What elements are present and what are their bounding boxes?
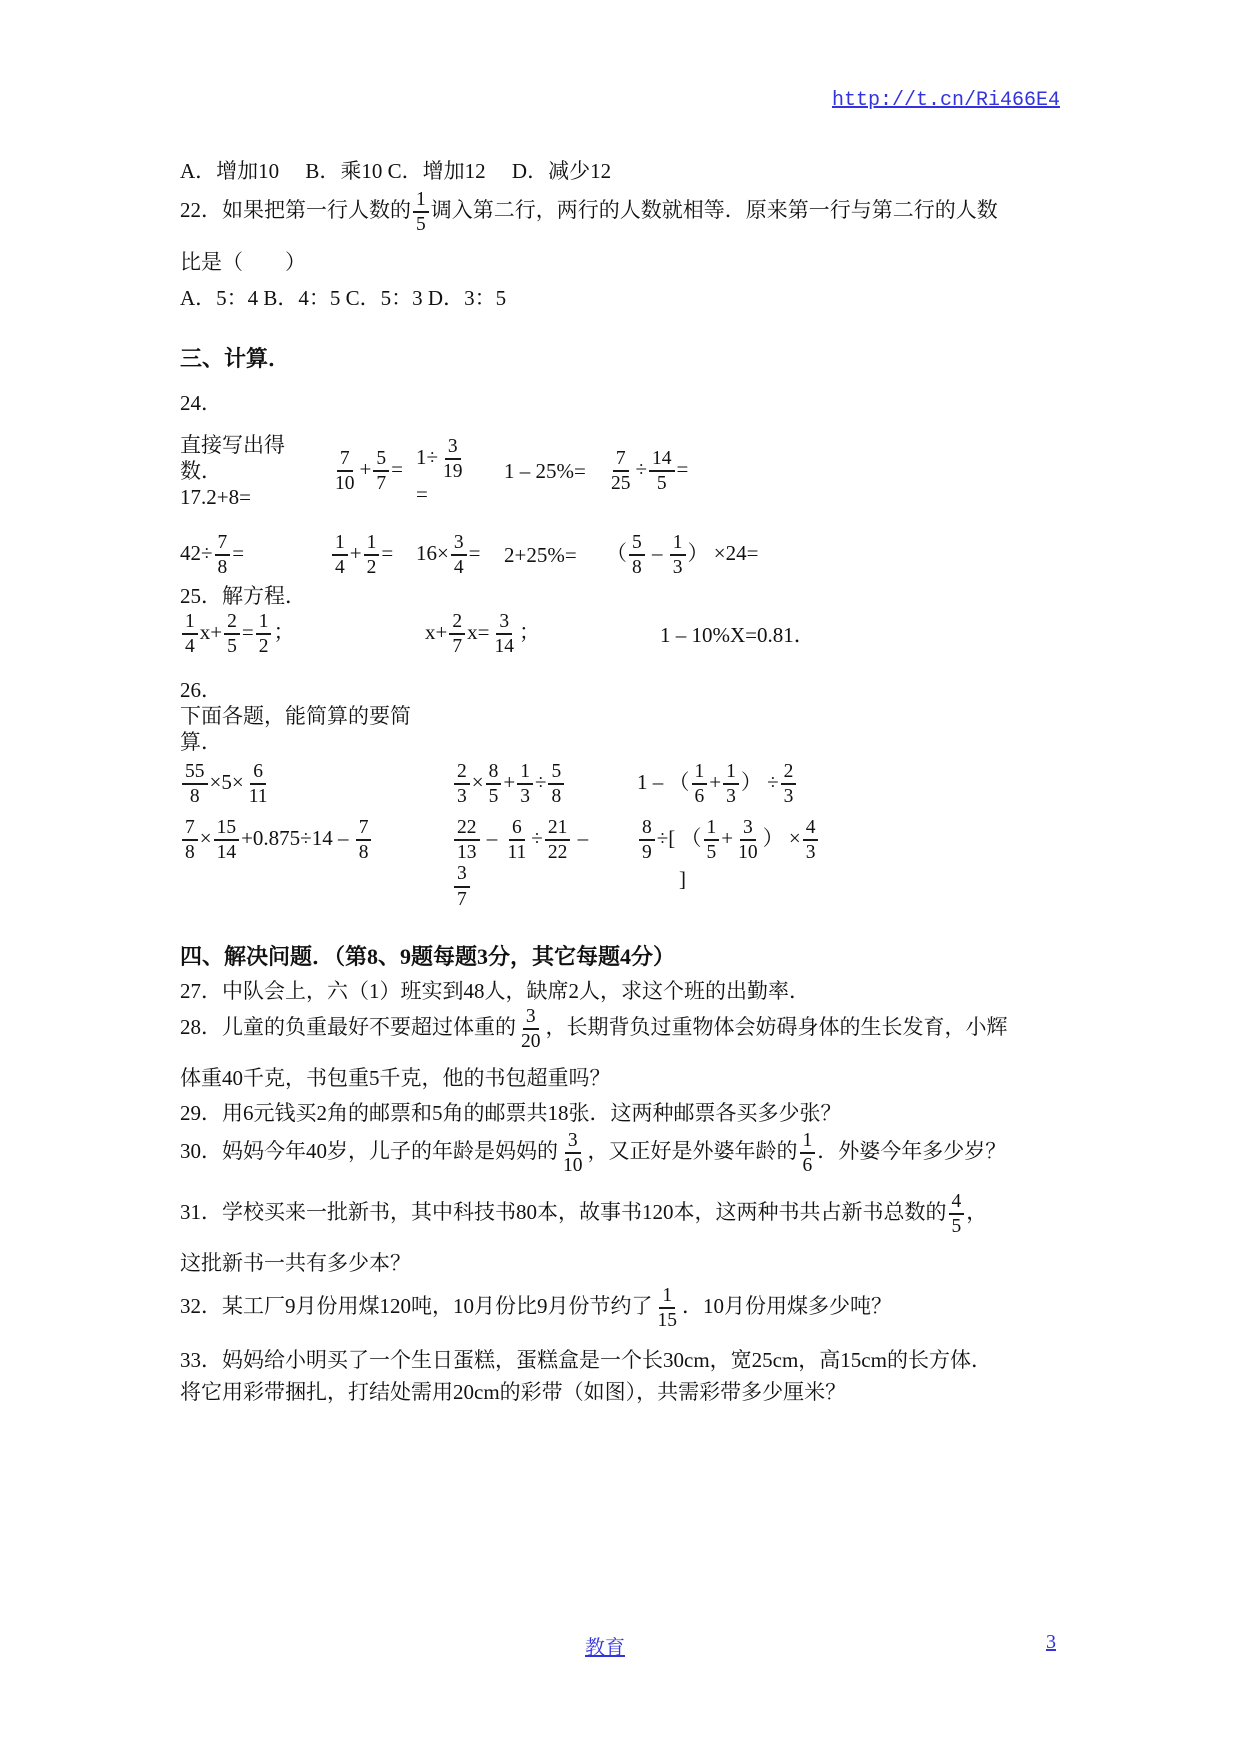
fraction: 15	[702, 817, 722, 863]
fraction: 43	[801, 817, 821, 863]
fraction: 58	[627, 532, 647, 578]
q25-eq1: 14x+25=12；	[180, 611, 425, 657]
fraction: 25	[222, 611, 242, 657]
q24-row1-expr2: 710+57=	[330, 448, 416, 494]
section4-title: 四、解决问题．（第8、9题每题3分，其它每题4分）	[180, 943, 1060, 971]
q25-eq3: 1 – 10%X=0.81．	[660, 619, 815, 649]
fraction: 78	[354, 817, 374, 863]
q30-line1: 30．妈妈今年40岁，儿子的年龄是妈妈的310，又正好是外婆年龄的16．外婆今年…	[180, 1130, 1060, 1176]
fraction: 310	[558, 1130, 588, 1176]
footer-brand-link[interactable]: 教育	[585, 1631, 625, 1660]
q24-row2-expr2: 14+12=	[330, 532, 416, 578]
q24-row2: 42÷78= 14+12= 16×34= 2+25%= （58 – 13） ×2…	[180, 532, 1060, 578]
q25-eq2: x+27x=314；	[425, 611, 660, 657]
fraction: 16	[690, 761, 710, 807]
fraction: 710	[330, 448, 360, 494]
fraction: 37	[452, 863, 472, 909]
fraction: 34	[449, 532, 469, 578]
q26-row1-expr3: 1 – （16+13） ÷23	[637, 761, 798, 807]
q26-row1-expr2: 23×85+13÷58	[452, 761, 637, 807]
q27-text: 27．中队会上，六（1）班实到48人，缺席2人，求这个班的出勤率．	[180, 978, 1060, 1004]
q26-row2: 78×1514+0.875÷14 – 78 2213 – 611÷2122 – …	[180, 817, 1060, 909]
q26-row2-expr2: 2213 – 611÷2122 – 37	[452, 817, 637, 909]
fraction: 314	[489, 611, 519, 657]
q24-row2-expr4: 2+25%=	[504, 543, 606, 568]
fraction: 89	[637, 817, 657, 863]
q24-row2-expr1: 42÷78=	[180, 532, 330, 578]
q24-row2-expr3: 16×34=	[416, 532, 504, 578]
q26-label: 下面各题，能简算的要简 算．	[180, 703, 452, 755]
q26-row2-expr3: 89÷[ （15+310） ×43 ]	[637, 817, 820, 893]
fraction: 13	[721, 761, 741, 807]
header: http://t.cn/Ri466E4	[180, 0, 1060, 113]
q24-row1: 直接写出得 数． 17.2+8= 710+57= 1÷319= 1 – 25%=…	[180, 432, 1060, 510]
fraction: 115	[653, 1285, 683, 1331]
fraction: 145	[647, 448, 677, 494]
q25-equations-row: 14x+25=12； x+27x=314； 1 – 10%X=0.81．	[180, 611, 1060, 657]
footer-page-number[interactable]: 3	[1046, 1631, 1056, 1654]
fraction: 2213	[452, 817, 482, 863]
fraction: 23	[779, 761, 799, 807]
fraction: 310	[733, 817, 763, 863]
fraction: 2122	[543, 817, 573, 863]
fraction: 320	[516, 1006, 546, 1052]
fraction: 78	[213, 532, 233, 578]
fraction: 12	[362, 532, 382, 578]
q26-number: 26．	[180, 677, 1060, 703]
exam-page: http://t.cn/Ri466E4 A．增加10 B．乘10 C．增加12 …	[0, 0, 1241, 1754]
q32-line1: 32．某工厂9月份用煤120吨，10月份比9月份节约了115．10月份用煤多少吨…	[180, 1285, 1060, 1331]
fraction: 725	[606, 448, 636, 494]
fraction: 58	[546, 761, 566, 807]
fraction: 611	[244, 761, 273, 807]
q28-line2: 体重40千克，书包重5千克，他的书包超重吗？	[180, 1065, 1060, 1091]
fraction: 78	[180, 817, 200, 863]
q26-row1-expr1: 558×5×611	[180, 761, 452, 807]
q26-col1: 下面各题，能简算的要简 算． 558×5×611	[180, 703, 452, 807]
share-link[interactable]: http://t.cn/Ri466E4	[832, 89, 1060, 112]
q24-number: 24．	[180, 390, 1060, 416]
q33-line2: 将它用彩带捆扎，打结处需用20cm的彩带（如图），共需彩带多少厘米？	[180, 1379, 1060, 1405]
fraction: 14	[180, 611, 200, 657]
q26-row1: 下面各题，能简算的要简 算． 558×5×611 23×85+13÷58 1 –…	[180, 703, 1060, 807]
q31-line1: 31．学校买来一批新书，其中科技书80本，故事书120本，这两种书共占新书总数的…	[180, 1191, 1060, 1237]
fraction: 14	[330, 532, 350, 578]
q24-row1-label: 直接写出得 数． 17.2+8=	[180, 432, 330, 510]
q26-row2-expr1: 78×1514+0.875÷14 – 78	[180, 817, 452, 863]
q33-line1: 33．妈妈给小明买了一个生日蛋糕，蛋糕盒是一个长30cm，宽25cm，高15cm…	[180, 1347, 1060, 1373]
fraction: 1514	[212, 817, 242, 863]
q28-line1: 28．儿童的负重最好不要超过体重的320，长期背负过重物体会妨碍身体的生长发育，…	[180, 1006, 1060, 1052]
fraction: 15	[411, 189, 431, 235]
fraction: 319	[438, 436, 468, 482]
page-content: http://t.cn/Ri466E4 A．增加10 B．乘10 C．增加12 …	[0, 0, 1130, 1405]
fraction: 558	[180, 761, 210, 807]
q22-options-line: A．5：4 B．4：5 C．5：3 D．3：5	[180, 285, 1060, 311]
fraction: 45	[947, 1191, 967, 1237]
fraction: 12	[254, 611, 274, 657]
section3-title: 三、计算．	[180, 345, 1060, 373]
fraction: 23	[452, 761, 472, 807]
q24-row1-expr4: 1 – 25%=	[504, 459, 606, 484]
fraction: 611	[503, 817, 532, 863]
q24-row1-expr5: 725÷145=	[606, 448, 688, 494]
q29-text: 29．用6元钱买2角的邮票和5角的邮票共18张．这两种邮票各买多少张？	[180, 1100, 1060, 1126]
fraction: 85	[484, 761, 504, 807]
fraction: 13	[515, 761, 535, 807]
q24-row2-expr5: （58 – 13） ×24=	[606, 532, 758, 578]
q25-title: 25．解方程．	[180, 583, 1060, 609]
fraction: 27	[447, 611, 467, 657]
fraction: 57	[371, 448, 391, 494]
q24-row1-expr3: 1÷319=	[416, 436, 504, 507]
fraction: 16	[798, 1130, 818, 1176]
q22-text-line2: 比是（ ）	[180, 249, 1060, 275]
q22-text-line1: 22．如果把第一行人数的15调入第二行，两行的人数就相等．原来第一行与第二行的人…	[180, 189, 1060, 235]
q31-line2: 这批新书一共有多少本？	[180, 1250, 1060, 1276]
fraction: 13	[668, 532, 688, 578]
q21-options-line: A．增加10 B．乘10 C．增加12 D．减少12	[180, 158, 1060, 184]
